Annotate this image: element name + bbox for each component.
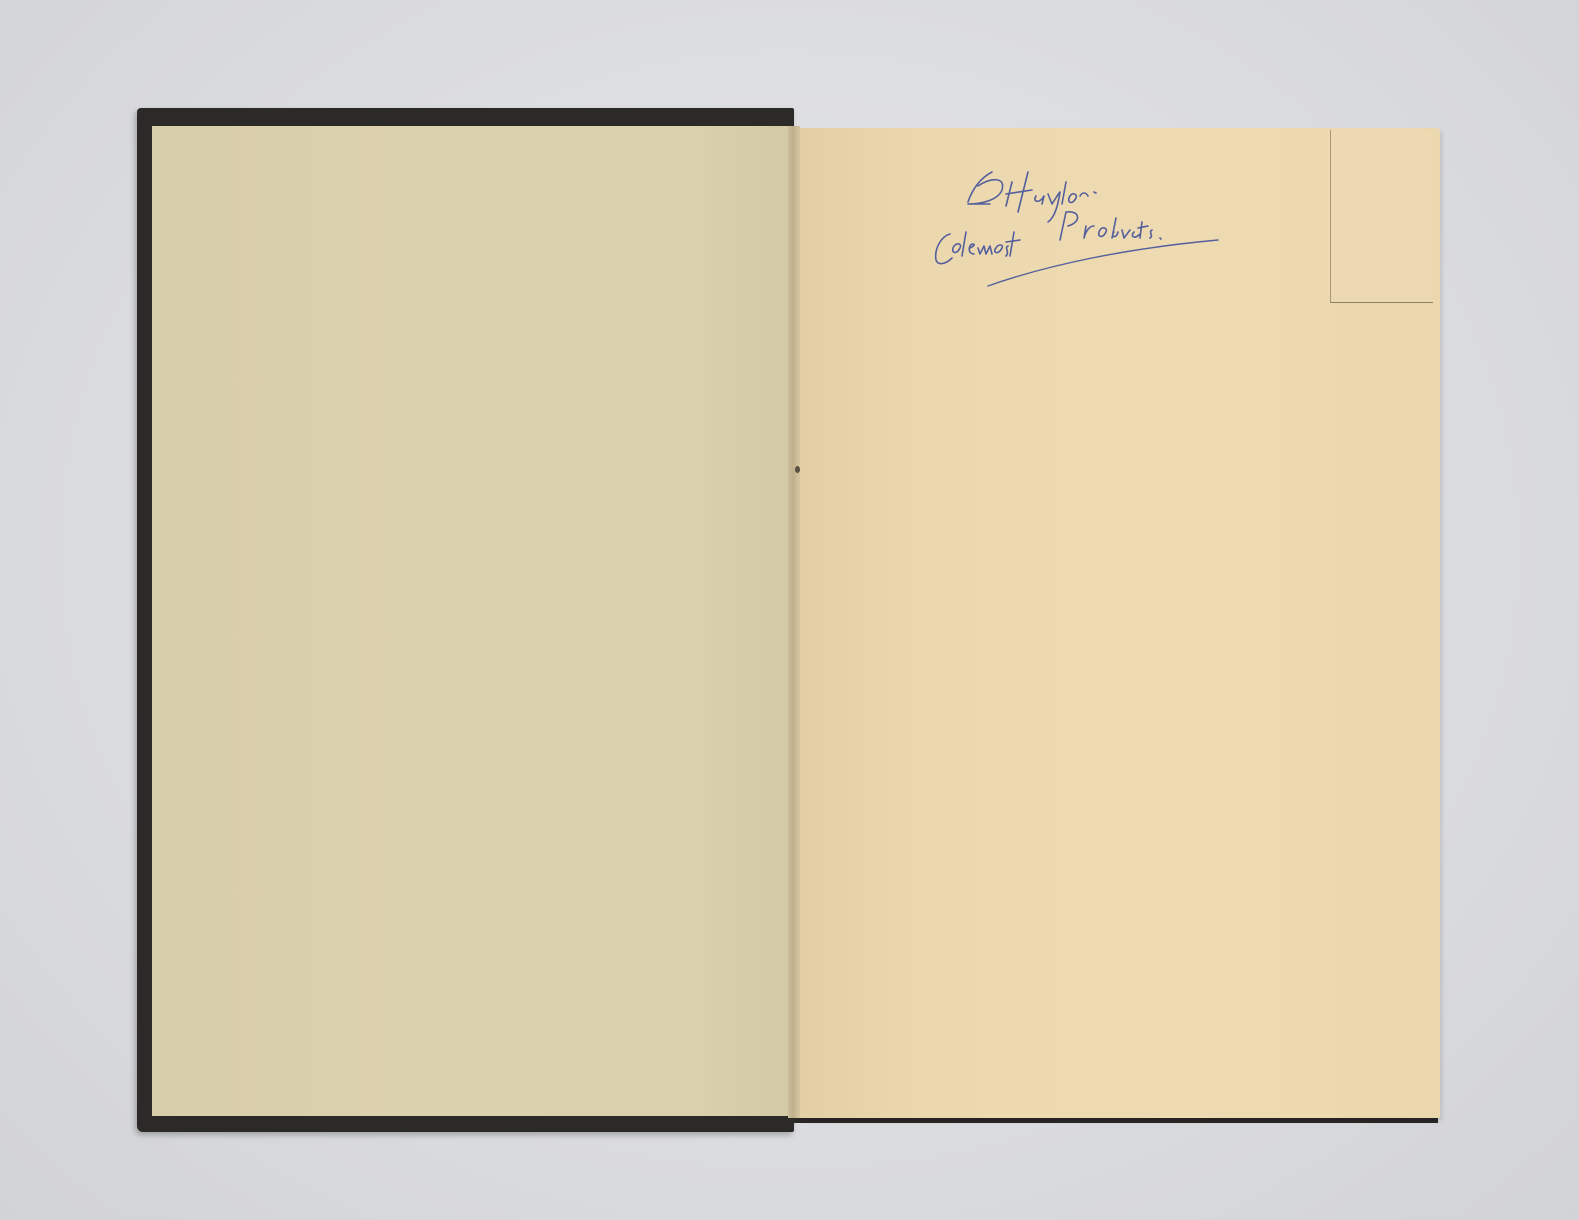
left-endpaper [152, 126, 790, 1116]
open-book: D. Haylor Colemost Products [0, 0, 1579, 1220]
gutter-spot [795, 466, 800, 473]
back-cover-edge [794, 1118, 1438, 1123]
book-gutter [788, 126, 800, 1118]
signature-strokes [920, 160, 1250, 300]
handwritten-inscription: D. Haylor Colemost Products [920, 160, 1250, 300]
corner-slip [1330, 130, 1433, 303]
